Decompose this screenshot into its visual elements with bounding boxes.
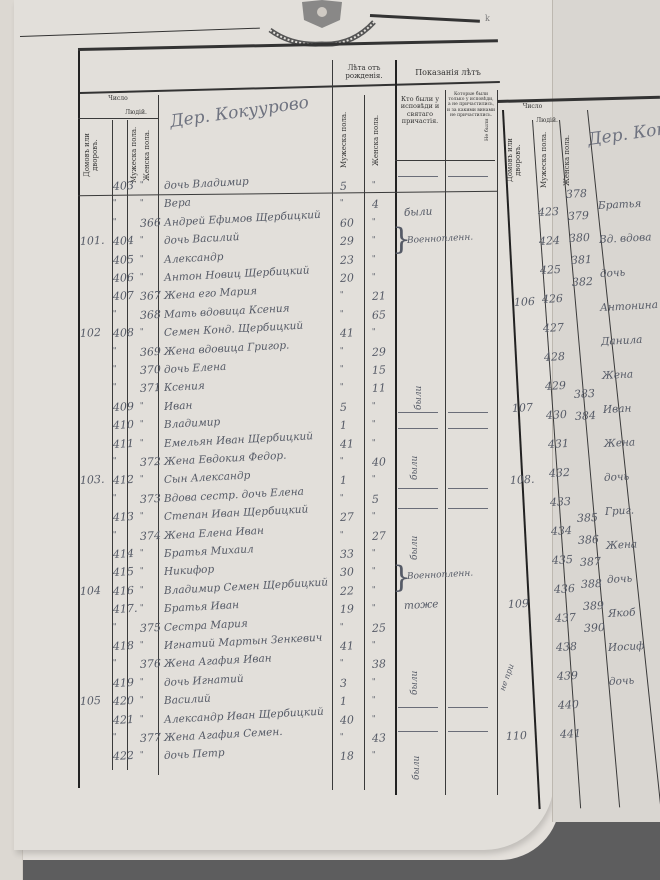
- right-household-number: 110: [506, 729, 528, 743]
- female-number: ": [140, 401, 144, 410]
- person-name: Иван: [164, 399, 193, 412]
- right-male-number: 426: [541, 292, 563, 306]
- age-male: 18: [340, 750, 355, 764]
- right-female-number: 378: [566, 187, 588, 201]
- age-male: ": [340, 345, 344, 354]
- note-were: были: [404, 206, 433, 219]
- male-number: 408: [113, 326, 135, 340]
- age-female: ": [372, 566, 376, 575]
- header-testimony: Показанія лѣтъ: [398, 68, 498, 77]
- age-female: ": [372, 272, 376, 281]
- dash: [398, 176, 438, 177]
- age-female: 21: [372, 290, 387, 304]
- female-number: 372: [140, 455, 162, 469]
- right-female-number: 390: [584, 621, 606, 635]
- male-number: ": [113, 217, 117, 226]
- male-number: 405: [113, 253, 135, 267]
- male-number: 420: [113, 694, 135, 708]
- page-mark: k: [485, 14, 490, 23]
- female-number: ": [140, 585, 144, 594]
- right-male-number: 433: [550, 495, 572, 509]
- age-female: ": [372, 548, 376, 557]
- right-male-number: 437: [554, 611, 576, 625]
- male-number: 410: [113, 418, 135, 432]
- age-male: 29: [340, 234, 355, 248]
- right-header-households: Домовъ или дворовъ.: [506, 130, 522, 190]
- header-male: Мужеска пола.: [130, 125, 138, 185]
- female-number: ": [140, 419, 144, 428]
- age-male: ": [340, 529, 344, 538]
- age-male: 41: [340, 437, 355, 451]
- age-female: ": [372, 640, 376, 649]
- household-number: 104: [80, 584, 102, 598]
- male-number: ": [113, 382, 117, 391]
- age-female: 43: [372, 731, 387, 745]
- person-name: Александр: [164, 250, 224, 265]
- age-female: 29: [372, 345, 387, 359]
- male-number: 407: [113, 289, 135, 303]
- right-person-name: Братья: [598, 198, 642, 212]
- header-age-female: Женска пола.: [372, 100, 380, 180]
- female-number: 369: [140, 345, 162, 359]
- note-same: тоже: [404, 598, 439, 612]
- age-male: ": [340, 198, 344, 207]
- age-female: 11: [372, 382, 387, 396]
- dash: [398, 508, 438, 509]
- right-household-number: 108.: [510, 473, 535, 487]
- dash: [398, 707, 438, 708]
- age-female: 25: [372, 621, 387, 635]
- age-female: ": [372, 677, 376, 686]
- age-male: ": [340, 493, 344, 502]
- person-name: Вера: [164, 197, 192, 210]
- right-person-name: дочь: [599, 267, 625, 280]
- right-male-number: 441: [559, 727, 581, 741]
- age-male: 1: [340, 419, 348, 432]
- household-number: 102: [80, 326, 102, 340]
- dash: [448, 412, 488, 413]
- age-female: ": [372, 253, 376, 262]
- right-female-number: 384: [575, 409, 597, 423]
- female-number: 367: [140, 289, 162, 303]
- right-person-name: дочь: [606, 573, 632, 586]
- age-male: 40: [340, 713, 355, 727]
- right-person-name: Жена: [603, 436, 635, 450]
- age-male: ": [340, 290, 344, 299]
- right-male-number: 439: [557, 669, 579, 683]
- female-number: 371: [140, 381, 162, 395]
- right-male-number: 428: [544, 350, 566, 364]
- dash: [398, 731, 438, 732]
- age-male: 30: [340, 566, 355, 580]
- right-male-number: 427: [542, 321, 564, 335]
- age-male: 5: [340, 400, 348, 413]
- female-number: ": [140, 180, 144, 189]
- col-line-persons: [158, 95, 159, 775]
- right-male-number: 425: [540, 263, 562, 277]
- age-female: ": [372, 437, 376, 446]
- male-number: ": [113, 456, 117, 465]
- age-male: 60: [340, 216, 355, 230]
- age-female: 38: [372, 658, 387, 672]
- female-number: 374: [140, 529, 162, 543]
- right-female-number: 382: [572, 275, 594, 289]
- age-female: ": [372, 511, 376, 520]
- note-were-vertical-4: были: [410, 625, 420, 695]
- household-number: 105: [80, 694, 102, 708]
- right-male-number: 440: [558, 698, 580, 712]
- header-female: Женска пола.: [143, 125, 151, 185]
- note-were-vertical: были: [414, 270, 424, 410]
- persons-divider: [78, 118, 158, 119]
- header-not-confessed: Не были: [485, 100, 491, 160]
- female-number: ": [140, 272, 144, 281]
- sub-divider: [395, 160, 495, 161]
- age-male: ": [340, 732, 344, 741]
- right-male-number: 431: [547, 437, 569, 451]
- right-female-number: 389: [582, 599, 604, 613]
- male-number: 413: [113, 510, 135, 524]
- male-number: 414: [113, 547, 135, 561]
- male-number: 418: [113, 639, 135, 653]
- age-male: 27: [340, 510, 355, 524]
- age-female: 4: [372, 198, 380, 211]
- male-number: ": [113, 658, 117, 667]
- frame-left-border: [78, 48, 80, 788]
- age-female: ": [372, 585, 376, 594]
- age-male: 3: [340, 676, 348, 689]
- age-male: 41: [340, 326, 355, 340]
- right-male-number: 430: [546, 408, 568, 422]
- dash: [398, 488, 438, 489]
- age-male: ": [340, 382, 344, 391]
- age-female: 5: [372, 492, 380, 505]
- right-female-number: 385: [576, 511, 598, 525]
- right-household-number: 109: [508, 597, 530, 611]
- age-female: ": [372, 474, 376, 483]
- female-number: 373: [140, 492, 162, 506]
- age-male: ": [340, 456, 344, 465]
- male-number: ": [113, 198, 117, 207]
- male-number: ": [113, 621, 117, 630]
- female-number: 375: [140, 621, 162, 635]
- col-line-confessed: [395, 60, 397, 795]
- right-household-number: 107: [512, 401, 534, 415]
- right-person-name: Жена: [606, 538, 638, 552]
- female-number: ": [140, 713, 144, 722]
- right-household-number: 106: [514, 295, 536, 309]
- age-male: ": [340, 309, 344, 318]
- header-households: Домовъ или дворовъ.: [83, 125, 99, 185]
- age-male: 23: [340, 253, 355, 267]
- right-female-number: 387: [579, 555, 601, 569]
- age-female: ": [372, 713, 376, 722]
- male-number: 415: [113, 565, 135, 579]
- dash: [398, 428, 438, 429]
- note-were-vertical-2: были: [410, 440, 420, 480]
- age-male: ": [340, 621, 344, 630]
- dash: [448, 707, 488, 708]
- age-male: ": [340, 658, 344, 667]
- male-number: ": [113, 493, 117, 502]
- age-male: 5: [340, 180, 348, 193]
- female-number: 370: [140, 363, 162, 377]
- right-person-name: дочь: [609, 675, 635, 688]
- dash: [448, 428, 488, 429]
- col-line-only-confessed: [445, 90, 446, 795]
- age-female: 15: [372, 363, 387, 377]
- right-person-name: Жена: [602, 368, 634, 382]
- female-number: ": [140, 640, 144, 649]
- age-female: ": [372, 419, 376, 428]
- household-number: 103.: [80, 473, 105, 487]
- dash: [448, 176, 488, 177]
- female-number: ": [140, 437, 144, 446]
- female-number: 366: [140, 216, 162, 230]
- right-person-name: Якоб: [607, 607, 635, 620]
- age-male: 33: [340, 547, 355, 561]
- female-number: ": [140, 677, 144, 686]
- age-male: ": [340, 364, 344, 373]
- right-female-number: 379: [567, 209, 589, 223]
- male-number: 422: [113, 749, 135, 763]
- col-line-age-male: [332, 60, 333, 790]
- right-male-number: 438: [556, 640, 578, 654]
- right-person-name: Иосиф: [608, 640, 645, 654]
- female-number: ": [140, 750, 144, 759]
- male-number: ": [113, 309, 117, 318]
- imperial-eagle-seal-icon: [262, 0, 382, 48]
- note-were-vertical-5: были: [412, 740, 422, 780]
- age-female: 40: [372, 455, 387, 469]
- female-number: ": [140, 327, 144, 336]
- right-male-number: 424: [539, 234, 561, 248]
- right-person-name: Григ.: [605, 504, 635, 518]
- dash: [448, 731, 488, 732]
- household-number: 101.: [80, 234, 105, 248]
- male-number: 404: [113, 234, 135, 248]
- female-number: ": [140, 235, 144, 244]
- female-number: 376: [140, 657, 162, 671]
- male-number: 419: [113, 676, 135, 690]
- header-confessed: Кто были у исповѣди и святаго причастія.: [397, 96, 443, 126]
- right-female-number: 381: [570, 253, 592, 267]
- right-female-number: 388: [581, 577, 603, 591]
- age-male: 1: [340, 695, 348, 708]
- age-female: ": [372, 750, 376, 759]
- right-male-number: 434: [551, 524, 573, 538]
- right-male-number: 432: [548, 466, 570, 480]
- male-number: 411: [113, 437, 135, 451]
- right-person-name: Иван: [602, 403, 631, 416]
- dash: [448, 488, 488, 489]
- male-number: 409: [113, 400, 135, 414]
- header-number: Число: [80, 96, 156, 103]
- male-number: 416: [113, 584, 135, 598]
- female-number: 368: [140, 308, 162, 322]
- age-female: 65: [372, 308, 387, 322]
- male-number: 421: [113, 713, 135, 727]
- right-header-persons: Людій.: [532, 118, 562, 125]
- female-number: ": [140, 511, 144, 520]
- female-number: ": [140, 695, 144, 704]
- header-persons: Людій.: [115, 110, 157, 117]
- right-person-name: Данила: [601, 334, 643, 348]
- right-person-name: дочь: [604, 471, 630, 484]
- male-number: ": [113, 345, 117, 354]
- right-header-male: Мужеска пола.: [540, 130, 548, 190]
- age-female: ": [372, 401, 376, 410]
- female-number: ": [140, 474, 144, 483]
- age-female: ": [372, 695, 376, 704]
- right-male-number: 436: [553, 582, 575, 596]
- female-number: ": [140, 548, 144, 557]
- age-male: 19: [340, 602, 355, 616]
- male-number: ": [113, 732, 117, 741]
- female-number: ": [140, 566, 144, 575]
- right-female-number: 383: [573, 387, 595, 401]
- header-age: Лѣта отъ рожденія.: [334, 64, 394, 80]
- male-number: 406: [113, 271, 135, 285]
- dash: [398, 412, 438, 413]
- note-were-vertical-3: были: [410, 510, 420, 560]
- female-number: ": [140, 198, 144, 207]
- age-female: ": [372, 235, 376, 244]
- female-number: ": [140, 253, 144, 262]
- right-male-number: 435: [552, 553, 574, 567]
- right-female-number: 386: [578, 533, 600, 547]
- age-female: ": [372, 603, 376, 612]
- dash: [448, 508, 488, 509]
- age-female: ": [372, 327, 376, 336]
- right-male-number: 429: [545, 379, 567, 393]
- right-header-number: Число: [505, 104, 560, 111]
- age-female: ": [372, 180, 376, 189]
- col-line-age-female: [364, 95, 365, 790]
- female-number: ": [140, 603, 144, 612]
- header-age-male: Мужеска пола.: [340, 100, 348, 180]
- male-number: 403: [113, 179, 135, 193]
- age-female: 27: [372, 529, 387, 543]
- male-number: ": [113, 529, 117, 538]
- age-male: 20: [340, 271, 355, 285]
- male-number: 417.: [113, 602, 138, 616]
- age-male: 41: [340, 639, 355, 653]
- right-male-number: 423: [538, 205, 560, 219]
- age-male: 1: [340, 474, 348, 487]
- right-female-number: 380: [569, 231, 591, 245]
- age-female: ": [372, 217, 376, 226]
- age-male: 22: [340, 584, 355, 598]
- male-number: ": [113, 364, 117, 373]
- female-number: 377: [140, 731, 162, 745]
- male-number: 412: [113, 473, 135, 487]
